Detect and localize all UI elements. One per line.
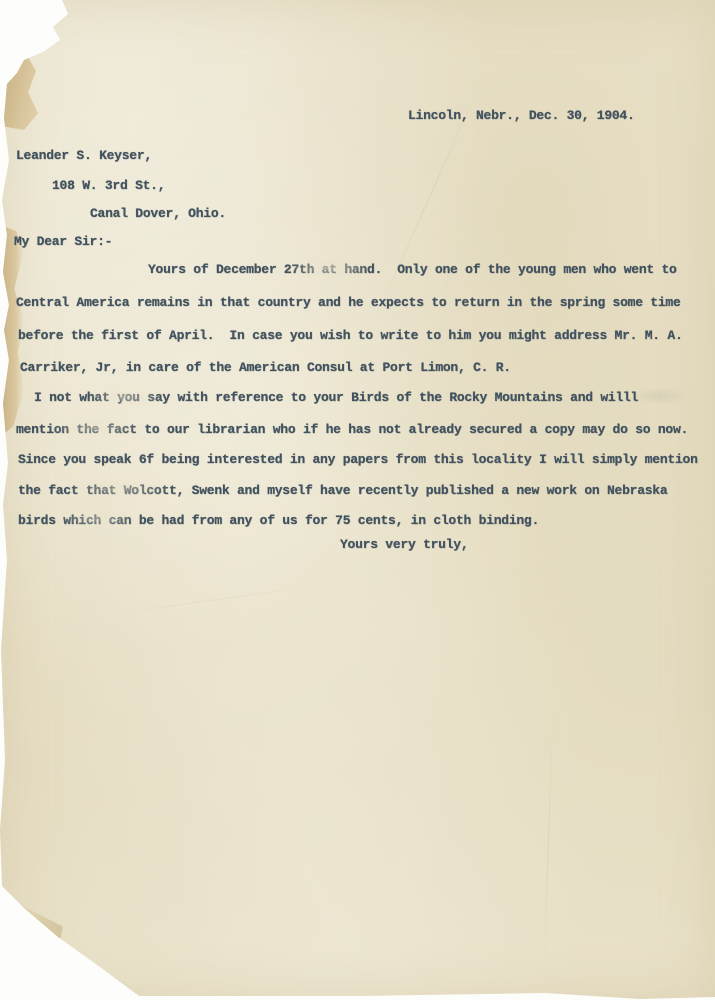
salutation: My Dear Sir:- <box>14 234 112 249</box>
folded-corner <box>4 896 66 998</box>
scanned-letter: Lincoln, Nebr., Dec. 30, 1904. Leander S… <box>0 0 715 1000</box>
body-line: Carriker, Jr, in care of the American Co… <box>20 360 511 375</box>
dateline: Lincoln, Nebr., Dec. 30, 1904. <box>408 108 635 123</box>
crease-line <box>543 700 554 980</box>
body-line: birds which can be had from any of us fo… <box>18 513 539 528</box>
closing-valediction: Yours very truly, <box>340 537 468 552</box>
body-line: I not what you say with reference to you… <box>34 390 638 405</box>
crease-line <box>81 582 339 619</box>
body-line: Since you speak 6f being interested in a… <box>18 452 698 467</box>
body-line: Yours of December 27th at hand. Only one… <box>148 262 677 277</box>
torn-edge-patch <box>0 46 40 130</box>
body-line: Central America remains in that country … <box>16 295 681 310</box>
recipient-street: 108 W. 3rd St., <box>52 178 165 193</box>
body-line: mention the fact to our librarian who if… <box>16 422 688 437</box>
body-line: before the first of April. In case you w… <box>18 328 683 343</box>
recipient-name: Leander S. Keyser, <box>16 148 152 163</box>
body-line: the fact that Wolcott, Swenk and myself … <box>18 483 667 498</box>
letter-paper: Lincoln, Nebr., Dec. 30, 1904. Leander S… <box>0 0 715 1000</box>
recipient-city: Canal Dover, Ohio. <box>90 206 226 221</box>
